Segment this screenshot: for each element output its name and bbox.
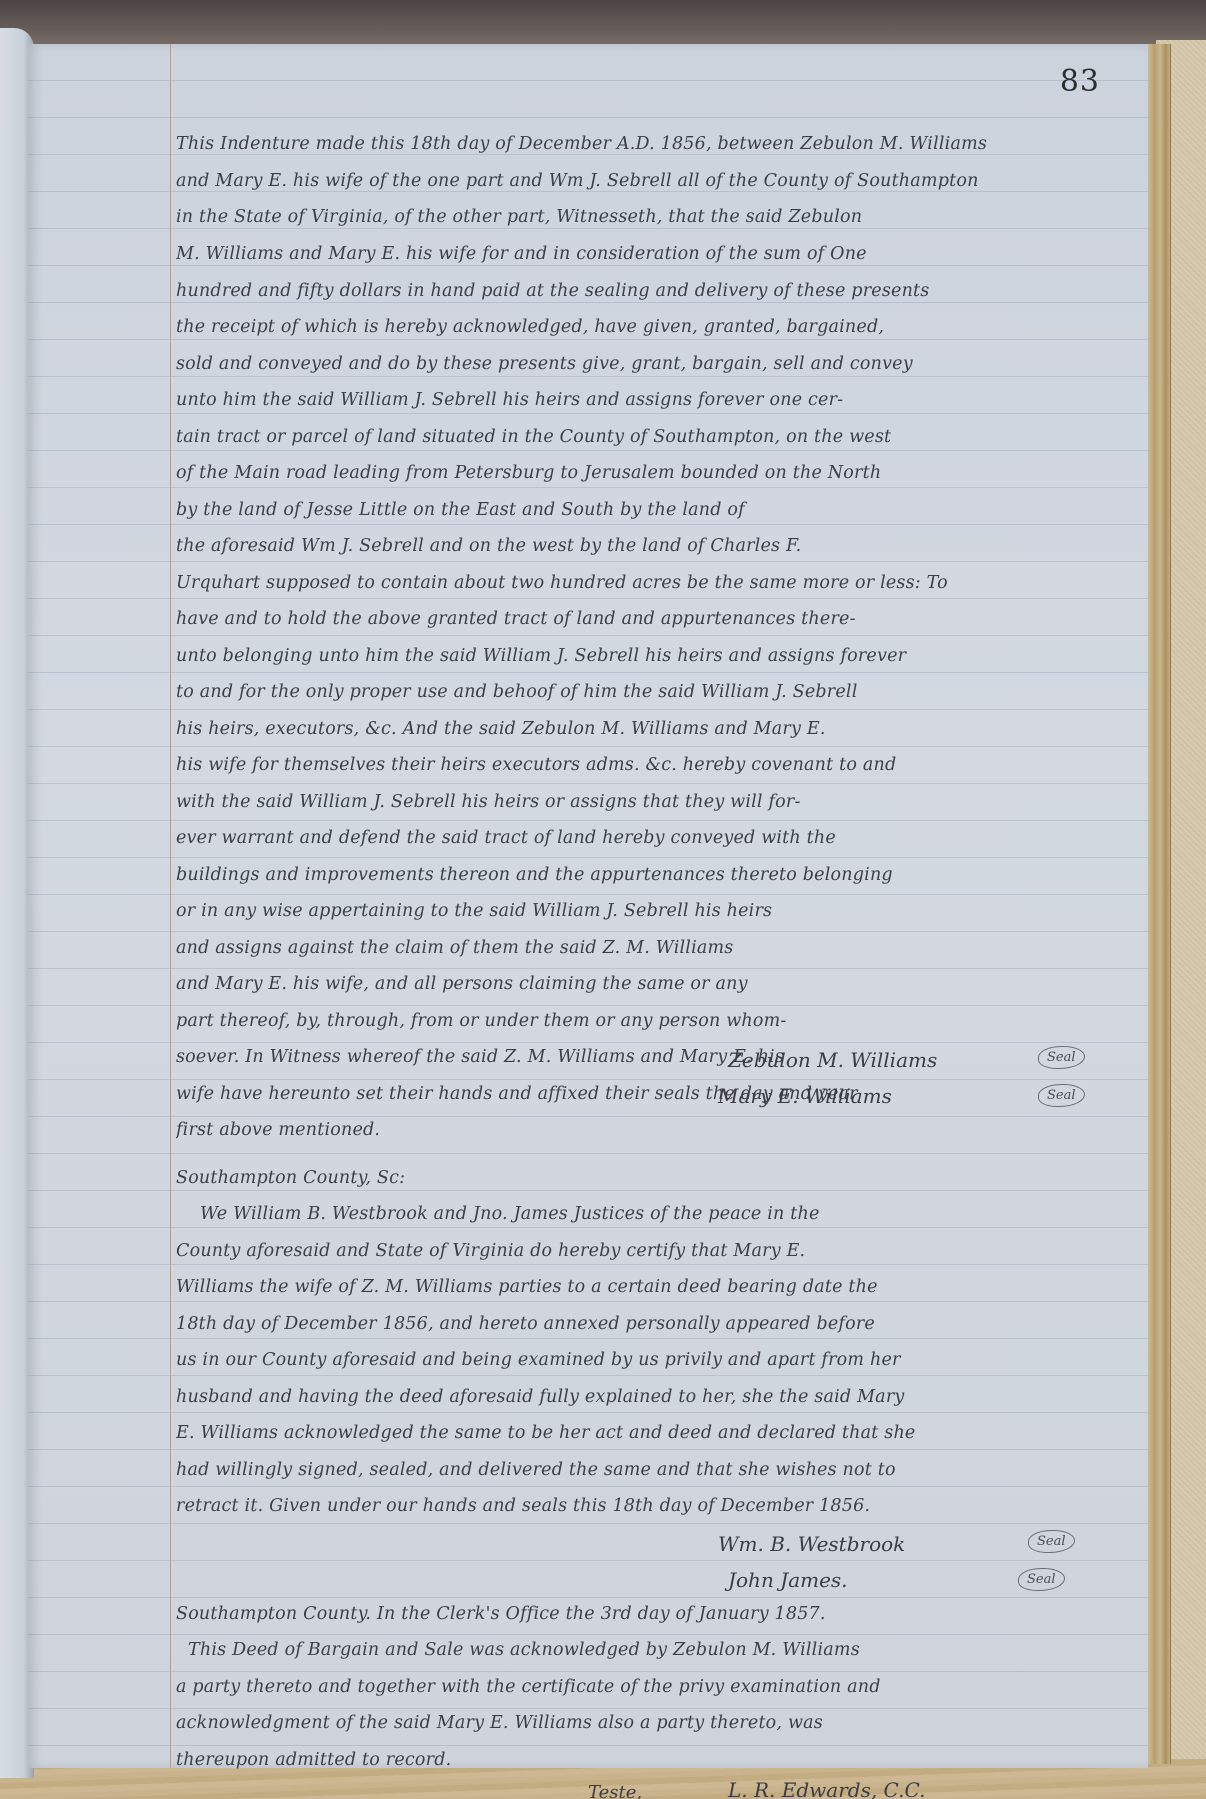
clerk-line: acknowledgment of the said Mary E. Willi… xyxy=(176,1713,1136,1733)
signature-westbrook: Wm. B. Westbrook xyxy=(718,1532,905,1556)
certificate-line: E. Williams acknowledged the same to be … xyxy=(176,1423,1136,1443)
book-page-stack xyxy=(1148,44,1171,1764)
deed-line: buildings and improvements thereon and t… xyxy=(176,865,1136,885)
deed-line: M. Williams and Mary E. his wife for and… xyxy=(176,244,1136,264)
certificate-line: 18th day of December 1856, and hereto an… xyxy=(176,1314,1136,1334)
deed-line: wife have hereunto set their hands and a… xyxy=(176,1084,1136,1104)
deed-line: the receipt of which is hereby acknowled… xyxy=(176,317,1136,337)
deed-line: his wife for themselves their heirs exec… xyxy=(176,755,1136,775)
margin-line xyxy=(170,44,171,1768)
clerk-line: This Deed of Bargain and Sale was acknow… xyxy=(188,1640,1148,1660)
page-number: 83 xyxy=(1060,64,1100,99)
deed-line: the aforesaid Wm J. Sebrell and on the w… xyxy=(176,536,1136,556)
deed-line: Urquhart supposed to contain about two h… xyxy=(176,573,1136,593)
deed-line: This Indenture made this 18th day of Dec… xyxy=(176,134,1136,154)
deed-line: or in any wise appertaining to the said … xyxy=(176,901,1136,921)
deed-line: unto belonging unto him the said William… xyxy=(176,646,1136,666)
signature-john-james: John James. xyxy=(728,1568,848,1592)
deed-line: tain tract or parcel of land situated in… xyxy=(176,427,1136,447)
deed-line: unto him the said William J. Sebrell his… xyxy=(176,390,1136,410)
deed-line: sold and conveyed and do by these presen… xyxy=(176,354,1136,374)
deed-line: of the Main road leading from Petersburg… xyxy=(176,463,1136,483)
deed-line: in the State of Virginia, of the other p… xyxy=(176,207,1136,227)
clerk-line: thereupon admitted to record. xyxy=(176,1750,1136,1770)
deed-line: and Mary E. his wife, and all persons cl… xyxy=(176,974,1136,994)
certificate-line: We William B. Westbrook and Jno. James J… xyxy=(200,1204,1160,1224)
deed-line: have and to hold the above granted tract… xyxy=(176,609,1136,629)
certificate-heading: Southampton County, Sc: xyxy=(176,1168,1136,1188)
signature-mary-williams: Mary E. Williams xyxy=(718,1084,892,1108)
clerk-heading: Southampton County. In the Clerk's Offic… xyxy=(176,1604,1136,1624)
deed-line: by the land of Jesse Little on the East … xyxy=(176,500,1136,520)
deed-line: to and for the only proper use and behoo… xyxy=(176,682,1136,702)
certificate-line: County aforesaid and State of Virginia d… xyxy=(176,1241,1136,1261)
signature-zebulon-williams: Zebulon M. Williams xyxy=(728,1048,937,1072)
deed-line: his heirs, executors, &c. And the said Z… xyxy=(176,719,1136,739)
deed-line: ever warrant and defend the said tract o… xyxy=(176,828,1136,848)
ledger-page: 83 This Indenture made this 18th day of … xyxy=(28,44,1148,1768)
clerk-line: a party thereto and together with the ce… xyxy=(176,1677,1136,1697)
book-top-shadow xyxy=(0,0,1206,50)
certificate-line: us in our County aforesaid and being exa… xyxy=(176,1350,1136,1370)
signature-clerk: L. R. Edwards, C.C. xyxy=(728,1778,925,1799)
certificate-line: had willingly signed, sealed, and delive… xyxy=(176,1460,1136,1480)
deed-line: with the said William J. Sebrell his hei… xyxy=(176,792,1136,812)
certificate-line: Williams the wife of Z. M. Williams part… xyxy=(176,1277,1136,1297)
deed-line: and Mary E. his wife of the one part and… xyxy=(176,171,1136,191)
deed-line: first above mentioned. xyxy=(176,1120,1136,1140)
certificate-line: husband and having the deed aforesaid fu… xyxy=(176,1387,1136,1407)
deed-line: hundred and fifty dollars in hand paid a… xyxy=(176,281,1136,301)
deed-line: soever. In Witness whereof the said Z. M… xyxy=(176,1047,1136,1067)
deed-line: and assigns against the claim of them th… xyxy=(176,938,1136,958)
certificate-line: retract it. Given under our hands and se… xyxy=(176,1496,1136,1516)
deed-line: part thereof, by, through, from or under… xyxy=(176,1011,1136,1031)
teste-label: Teste, xyxy=(588,1782,642,1799)
